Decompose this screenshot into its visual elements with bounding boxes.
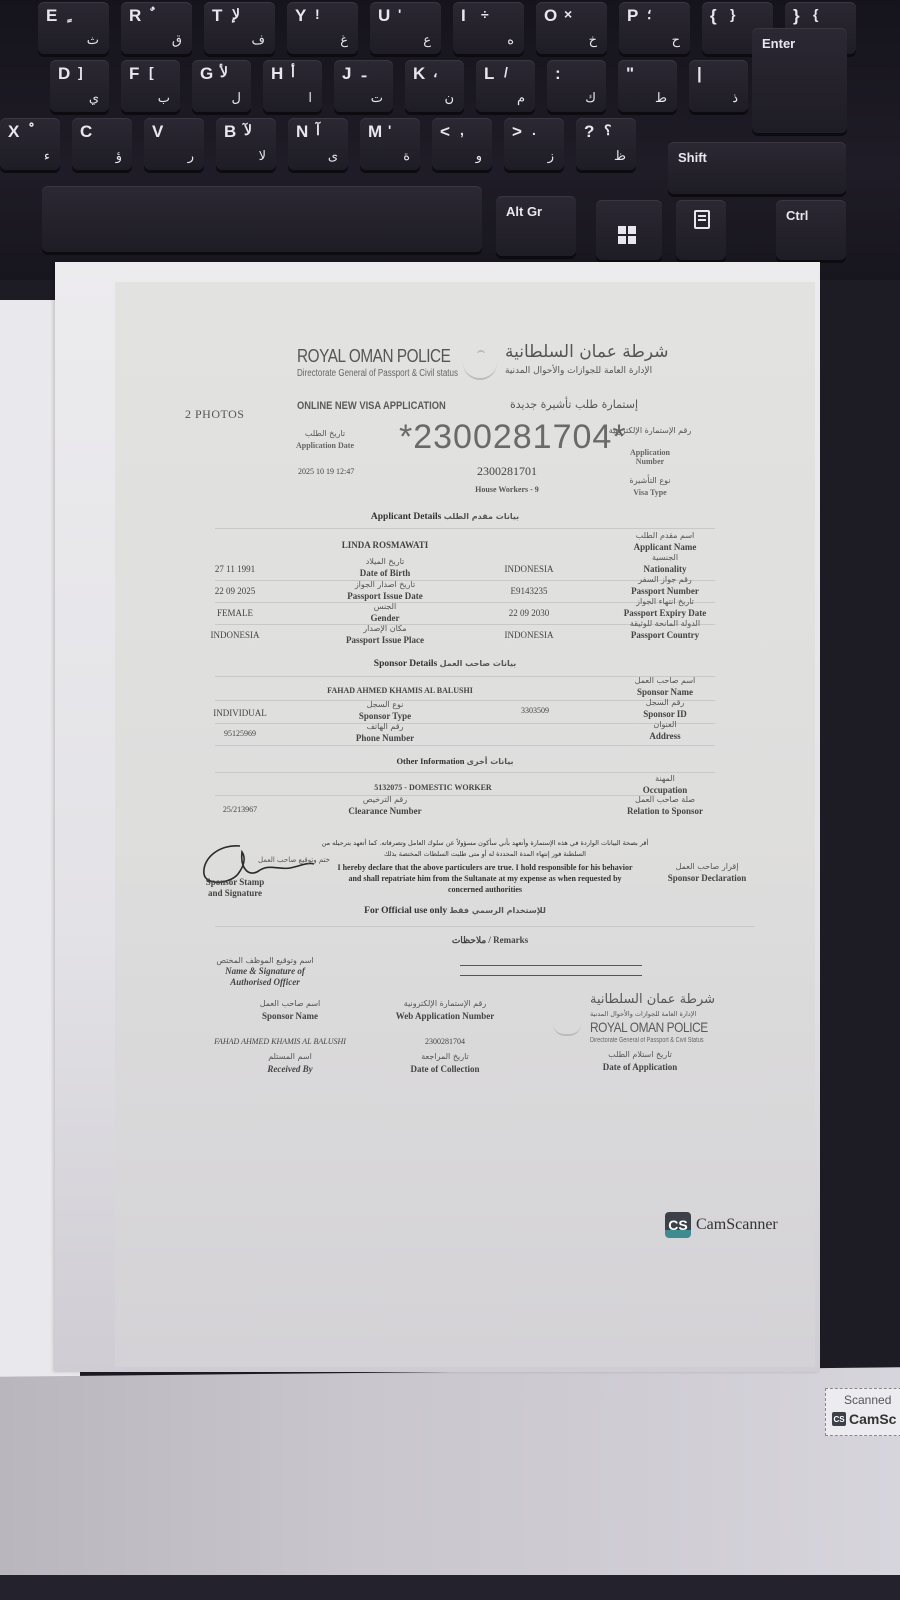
sponsor-id-label: Sponsor ID	[643, 709, 687, 719]
key-label-ar: ن	[444, 90, 454, 106]
key-x: Xْء	[0, 118, 60, 170]
key-label-lat: D	[58, 64, 70, 84]
key-ctrl-label: Ctrl	[786, 208, 808, 223]
camscanner-logo-icon: CS	[665, 1212, 691, 1238]
relation-label-ar: صلة صاحب العمل	[635, 795, 695, 804]
camscanner-watermark: CS CamScanner	[665, 1212, 778, 1238]
key-label-sym: ÷	[481, 6, 489, 22]
key-enter: Enter	[752, 28, 847, 133]
key-label-ar: ى	[328, 148, 338, 164]
passport-number-label-ar: رقم جواز السفر	[638, 575, 692, 584]
key-t: Tﻹف	[204, 2, 275, 54]
applicant-section-heading: Applicant Details بيانات مقدم الطلب	[371, 512, 519, 522]
other-section-heading: Other Information بيانات أخرى	[396, 756, 513, 766]
key-i: I÷ه	[453, 2, 524, 54]
key-label-lat: :	[555, 64, 561, 84]
key-label-ar: ل	[232, 90, 241, 106]
divider	[215, 926, 755, 927]
key-space	[42, 186, 482, 252]
official-use-heading: For Official use only للإستخدام الرسمي ف…	[364, 906, 546, 916]
gender-label-ar: الجنس	[374, 602, 396, 611]
stamp-label-line2: and Signature	[208, 888, 262, 898]
phone-label-ar: رقم الهاتف	[367, 722, 404, 731]
passport-issue-place-label: Passport Issue Place	[346, 635, 424, 645]
footer-org-sub-en: Directorate General of Passport & Civil …	[590, 1037, 704, 1044]
official-use-en: For Official use only	[364, 906, 447, 916]
key-label-ar: ظ	[614, 148, 626, 164]
key-label-lat: >	[512, 122, 522, 142]
dob-label: Date of Birth	[360, 568, 411, 578]
sponsor-type-label-ar: نوع السجل	[367, 700, 404, 709]
key-label-lat: B	[224, 122, 236, 142]
occupation-label-ar: المهنة	[655, 774, 675, 783]
key-label-lat: J	[342, 64, 351, 84]
remarks-label: ملاحظات / Remarks	[452, 935, 528, 946]
footer-org-name-en: ROYAL OMAN POLICE	[590, 1019, 708, 1035]
passport-issue-date-label: Passport Issue Date	[347, 591, 423, 601]
key-enter-label: Enter	[762, 36, 795, 51]
sponsor-section-heading: Sponsor Details بيانات صاحب العمل	[374, 659, 516, 669]
divider	[215, 700, 715, 701]
key-sym: ?؟ظ	[576, 118, 636, 170]
key-e: Eٍث	[38, 2, 109, 54]
key-r: Rٌق	[121, 2, 192, 54]
divider	[215, 772, 715, 773]
key-label-sym: ﻷ	[220, 64, 228, 81]
key-shift-label: Shift	[678, 150, 707, 165]
other-section-ar: بيانات أخرى	[467, 757, 514, 766]
visa-type-label-ar: نوع التأشيرة	[630, 476, 671, 485]
key-sym: >.ز	[504, 118, 564, 170]
key-label-lat: O	[544, 6, 557, 26]
form-title-en: ONLINE NEW VISA APPLICATION	[297, 400, 446, 412]
key-label-sym: !	[315, 6, 320, 22]
key-label-ar: ث	[87, 32, 99, 48]
org-name-en: ROYAL OMAN POLICE	[297, 346, 450, 367]
key-label-lat: ?	[584, 122, 594, 142]
sponsor-section-en: Sponsor Details	[374, 659, 437, 669]
key-sym: |ذ	[689, 60, 748, 112]
context-menu-icon	[694, 210, 710, 229]
key-n: Nآى	[288, 118, 348, 170]
sponsor-name-label-ar: اسم صاحب العمل	[635, 676, 696, 685]
passport-number-label: Passport Number	[631, 586, 699, 596]
applicant-section-ar: بيانات مقدم الطلب	[444, 512, 519, 521]
divider	[215, 723, 715, 724]
key-label-lat: G	[200, 64, 213, 84]
visa-application-form: 2 PHOTOS ROYAL OMAN POLICE Directorate G…	[115, 282, 815, 1367]
photos-note: 2 PHOTOS	[185, 407, 244, 422]
nationality-label-ar: الجنسية	[652, 553, 678, 562]
passport-country-label: Passport Country	[631, 630, 699, 640]
key-label-ar: و	[476, 148, 482, 164]
key-label-sym: '	[398, 6, 401, 22]
emblem-base-icon	[463, 362, 497, 380]
key-label-ar: ا	[308, 90, 312, 106]
key-y: Y!غ	[287, 2, 358, 54]
sponsor-section-ar: بيانات صاحب العمل	[440, 659, 517, 668]
footer-sponsor-name-value: FAHAD AHMED KHAMIS AL BALUSHI	[214, 1037, 346, 1046]
passport-issue-place-value: INDONESIA	[211, 630, 260, 640]
key-u: U'ع	[370, 2, 441, 54]
passport-number-value: E9143235	[511, 586, 548, 596]
key-label-ar: ة	[403, 148, 410, 164]
footer-org-sub-ar: الإدارة العامة للجوازات والأحوال المدنية	[590, 1010, 696, 1018]
key-v: Vر	[144, 118, 204, 170]
key-label-lat: }	[793, 6, 800, 26]
sponsor-name-label: Sponsor Name	[637, 687, 693, 697]
key-label-ar: ي	[89, 90, 99, 106]
declaration-en-line1: I hereby declare that the above particul…	[337, 863, 632, 872]
relation-label: Relation to Sponsor	[627, 806, 703, 816]
divider	[215, 745, 715, 746]
bottom-paper-sheet	[0, 1367, 900, 1586]
clearance-label-ar: رقم الترخيص	[363, 795, 407, 804]
key-label-ar: غ	[340, 32, 348, 48]
footer-org-name-ar: شرطة عمان السلطانية	[590, 992, 715, 1007]
remarks-line	[460, 965, 642, 966]
key-label-ar: ب	[158, 90, 170, 106]
key-menu	[676, 200, 726, 260]
key-label-sym: '	[388, 122, 391, 138]
key-label-lat: E	[46, 6, 57, 26]
key-altgr: Alt Gr	[496, 196, 576, 256]
passport-issue-date-label-ar: تاريخ اصدار الجواز	[355, 580, 415, 589]
key-label-lat: X	[8, 122, 19, 142]
scanned-page: 2 PHOTOS ROYAL OMAN POLICE Directorate G…	[115, 282, 815, 1367]
emblem-icon	[477, 350, 485, 358]
divider	[215, 528, 715, 529]
web-app-number-value: 2300281704	[425, 1037, 465, 1046]
visa-type-value: House Workers - 9	[475, 485, 539, 494]
application-number-label: Application Number	[620, 448, 680, 466]
key-label-ar: ك	[585, 90, 596, 106]
application-date-label: Application Date	[296, 441, 354, 450]
occupation-value: 5132075 - DOMESTIC WORKER	[374, 783, 491, 792]
key-h: Hأا	[263, 60, 322, 112]
app-date-label: Date of Application	[603, 1062, 678, 1072]
key-label-ar: ه	[507, 32, 514, 48]
applicant-name-value: LINDA ROSMAWATI	[342, 540, 429, 550]
camscanner-brand-partial: CamSc	[849, 1411, 896, 1427]
divider	[215, 795, 655, 796]
application-date-label-ar: تاريخ الطلب	[305, 429, 345, 438]
key-label-sym: ]	[78, 64, 83, 80]
key-label-lat: Y	[295, 6, 306, 26]
key-label-ar: خ	[589, 32, 597, 48]
barcode-number: *2300281704*	[399, 418, 627, 457]
key-label-ar: ق	[172, 32, 182, 48]
officer-label-ar: اسم وتوقيع الموظف المختص	[216, 956, 313, 965]
key-label-sym: ،	[433, 64, 438, 81]
desk-surface	[0, 1575, 900, 1600]
collection-label-ar: تاريخ المراجعة	[421, 1052, 468, 1061]
passport-expiry-label: Passport Expiry Date	[624, 608, 707, 618]
keyboard-background: EٍثRٌقTﻹفY!غU'عI÷هO×خP؛ح{}ج}{دD]يF[بGﻷلH…	[0, 0, 900, 280]
clearance-value: 25/213967	[223, 805, 257, 814]
key-windows	[596, 200, 662, 260]
key-label-sym: ـ	[362, 64, 366, 81]
footer-sponsor-name-label-ar: اسم صاحب العمل	[260, 999, 321, 1008]
address-label: Address	[649, 731, 680, 741]
sponsor-id-value: 3303509	[521, 706, 549, 715]
camscanner-badge-icon: CS	[832, 1412, 846, 1426]
org-sub-en: Directorate General of Passport & Civil …	[297, 368, 458, 379]
key-b: Bﻵﻻ	[216, 118, 276, 170]
key-label-lat: <	[440, 122, 450, 142]
windows-logo-icon	[618, 226, 636, 244]
declaration-en-line2: and shall repatriate him from the Sultan…	[348, 874, 621, 883]
key-label-sym: [	[149, 64, 154, 80]
key-label-sym: ﻵ	[244, 122, 252, 139]
gender-label: Gender	[371, 613, 400, 623]
key-shift: Shift	[668, 142, 846, 194]
key-label-sym: أ	[291, 64, 295, 81]
sponsor-name-value: FAHAD AHMED KHAMIS AL BALUSHI	[327, 686, 473, 695]
passport-issue-place-label-ar: مكان الإصدار	[363, 624, 406, 633]
collection-label: Date of Collection	[411, 1064, 480, 1074]
passport-country-label-ar: الدولة المانحة للوثيقة	[630, 619, 700, 628]
web-app-label-ar: رقم الإستمارة الإلكترونية	[404, 999, 486, 1008]
official-use-ar: للإستخدام الرسمي فقط	[449, 906, 545, 915]
key-l: L/م	[476, 60, 535, 112]
key-sym: :ك	[547, 60, 606, 112]
other-section-en: Other Information	[396, 756, 464, 766]
passport-expiry-value: 22 09 2030	[509, 608, 550, 618]
key-label-ar: ط	[655, 90, 667, 106]
officer-label-line2: Authorised Officer	[230, 977, 300, 987]
applicant-name-label-ar: اسم مقدم الطلب	[636, 531, 695, 540]
dob-value: 27 11 1991	[215, 564, 255, 574]
camscanner-stamp-partial: Scanned CS CamSc	[825, 1388, 900, 1436]
officer-label-line1: Name & Signature of	[225, 966, 305, 976]
received-by-label-ar: اسم المستلم	[268, 1052, 312, 1061]
stamp-label-line1: Sponsor Stamp	[206, 877, 265, 887]
visa-type-label: Visa Type	[633, 488, 666, 497]
remarks-line	[460, 975, 642, 976]
key-g: Gﻷل	[192, 60, 251, 112]
key-label-lat: |	[697, 64, 702, 84]
key-m: M'ة	[360, 118, 420, 170]
key-c: Cؤ	[72, 118, 132, 170]
address-label-ar: العنوان	[653, 720, 676, 729]
key-f: F[ب	[121, 60, 180, 112]
sponsor-id-label-ar: رقم السجل	[646, 698, 685, 707]
key-label-sym: {	[813, 6, 818, 22]
applicant-section-en: Applicant Details	[371, 512, 441, 522]
key-label-ar: ف	[252, 32, 265, 48]
declaration-ar: أقر بصحة البيانات الواردة في هذه الإستما…	[315, 838, 655, 860]
nationality-label: Nationality	[643, 564, 686, 574]
key-label-lat: T	[212, 6, 222, 26]
key-label-lat: P	[627, 6, 638, 26]
application-number-label-ar: رقم الإستمارة الإلكترونية	[609, 426, 691, 435]
key-label-lat: L	[484, 64, 494, 84]
key-ctrl: Ctrl	[776, 200, 846, 260]
key-label-lat: F	[129, 64, 139, 84]
key-label-sym: ,	[460, 122, 464, 138]
key-label-sym: ×	[564, 6, 572, 22]
key-label-sym: ؛	[647, 6, 651, 23]
key-label-sym: .	[532, 122, 536, 138]
applicant-name-label: Applicant Name	[634, 542, 697, 552]
dob-label-ar: تاريخ الميلاد	[366, 557, 405, 566]
sponsor-declaration-label-ar: إقرار صاحب العمل	[676, 862, 739, 871]
footer-emblem-icon	[553, 1024, 581, 1036]
key-label-ar: ء	[44, 148, 50, 164]
key-sym: <,و	[432, 118, 492, 170]
occupation-label: Occupation	[643, 785, 688, 795]
key-label-ar: ذ	[732, 90, 738, 106]
passport-issue-date-value: 22 09 2025	[215, 586, 256, 596]
key-label-sym: ؟	[604, 122, 611, 139]
key-label-lat: C	[80, 122, 92, 142]
key-label-ar: م	[517, 90, 525, 106]
key-label-ar: ع	[423, 32, 431, 48]
key-label-sym: ﻹ	[232, 6, 240, 23]
scanned-label: Scanned	[844, 1393, 891, 1407]
key-label-lat: K	[413, 64, 425, 84]
visa-application-sheet: 2 PHOTOS ROYAL OMAN POLICE Directorate G…	[55, 262, 820, 1372]
key-o: O×خ	[536, 2, 607, 54]
form-title-ar: إستمارة طلب تأشيرة جديدة	[510, 398, 638, 411]
camscanner-brand: CamScanner	[696, 1216, 778, 1234]
phone-value: 95125969	[224, 729, 256, 738]
key-label-lat: N	[296, 122, 308, 142]
passport-country-value: INDONESIA	[505, 630, 554, 640]
nationality-value: INDONESIA	[505, 564, 554, 574]
key-sym: "ط	[618, 60, 677, 112]
key-label-sym: }	[730, 6, 735, 22]
application-date-value: 2025 10 19 12:47	[298, 467, 354, 476]
key-j: Jـت	[334, 60, 393, 112]
key-label-lat: R	[129, 6, 141, 26]
footer-sponsor-name-label: Sponsor Name	[262, 1011, 318, 1021]
app-date-label-ar: تاريخ استلام الطلب	[608, 1050, 672, 1059]
key-label-lat: U	[378, 6, 390, 26]
key-k: K،ن	[405, 60, 464, 112]
sponsor-declaration-label: Sponsor Declaration	[668, 873, 747, 883]
key-label-lat: {	[710, 6, 717, 26]
key-label-ar: ؤ	[116, 148, 122, 164]
key-label-lat: H	[271, 64, 283, 84]
sponsor-type-value: INDIVIDUAL	[213, 708, 267, 718]
org-sub-ar: الإدارة العامة للجوازات والأحوال المدنية	[505, 366, 652, 376]
key-label-ar: ت	[371, 90, 383, 106]
clearance-label: Clearance Number	[348, 806, 421, 816]
web-app-label: Web Application Number	[396, 1011, 495, 1021]
sponsor-type-label: Sponsor Type	[359, 711, 411, 721]
key-label-lat: "	[626, 64, 634, 84]
gender-value: FEMALE	[217, 608, 253, 618]
key-altgr-label: Alt Gr	[506, 204, 542, 219]
key-p: P؛ح	[619, 2, 690, 54]
application-number-value: 2300281701	[477, 464, 537, 479]
key-label-ar: ز	[548, 148, 554, 164]
passport-expiry-label-ar: تاريخ انتهاء الجواز	[636, 597, 694, 606]
key-label-lat: M	[368, 122, 382, 142]
phone-label: Phone Number	[356, 733, 414, 743]
received-by-label: Received By	[267, 1064, 312, 1074]
key-label-lat: I	[461, 6, 466, 26]
key-label-lat: V	[152, 122, 163, 142]
org-name-ar: شرطة عمان السلطانية	[505, 342, 669, 362]
declaration-en-line3: concerned authorities	[448, 885, 522, 894]
key-label-sym: آ	[316, 122, 320, 139]
key-label-sym: /	[504, 64, 508, 80]
key-label-ar: ح	[672, 32, 680, 48]
key-label-ar: ر	[188, 148, 194, 164]
key-label-ar: ﻻ	[259, 148, 266, 164]
key-d: D]ي	[50, 60, 109, 112]
